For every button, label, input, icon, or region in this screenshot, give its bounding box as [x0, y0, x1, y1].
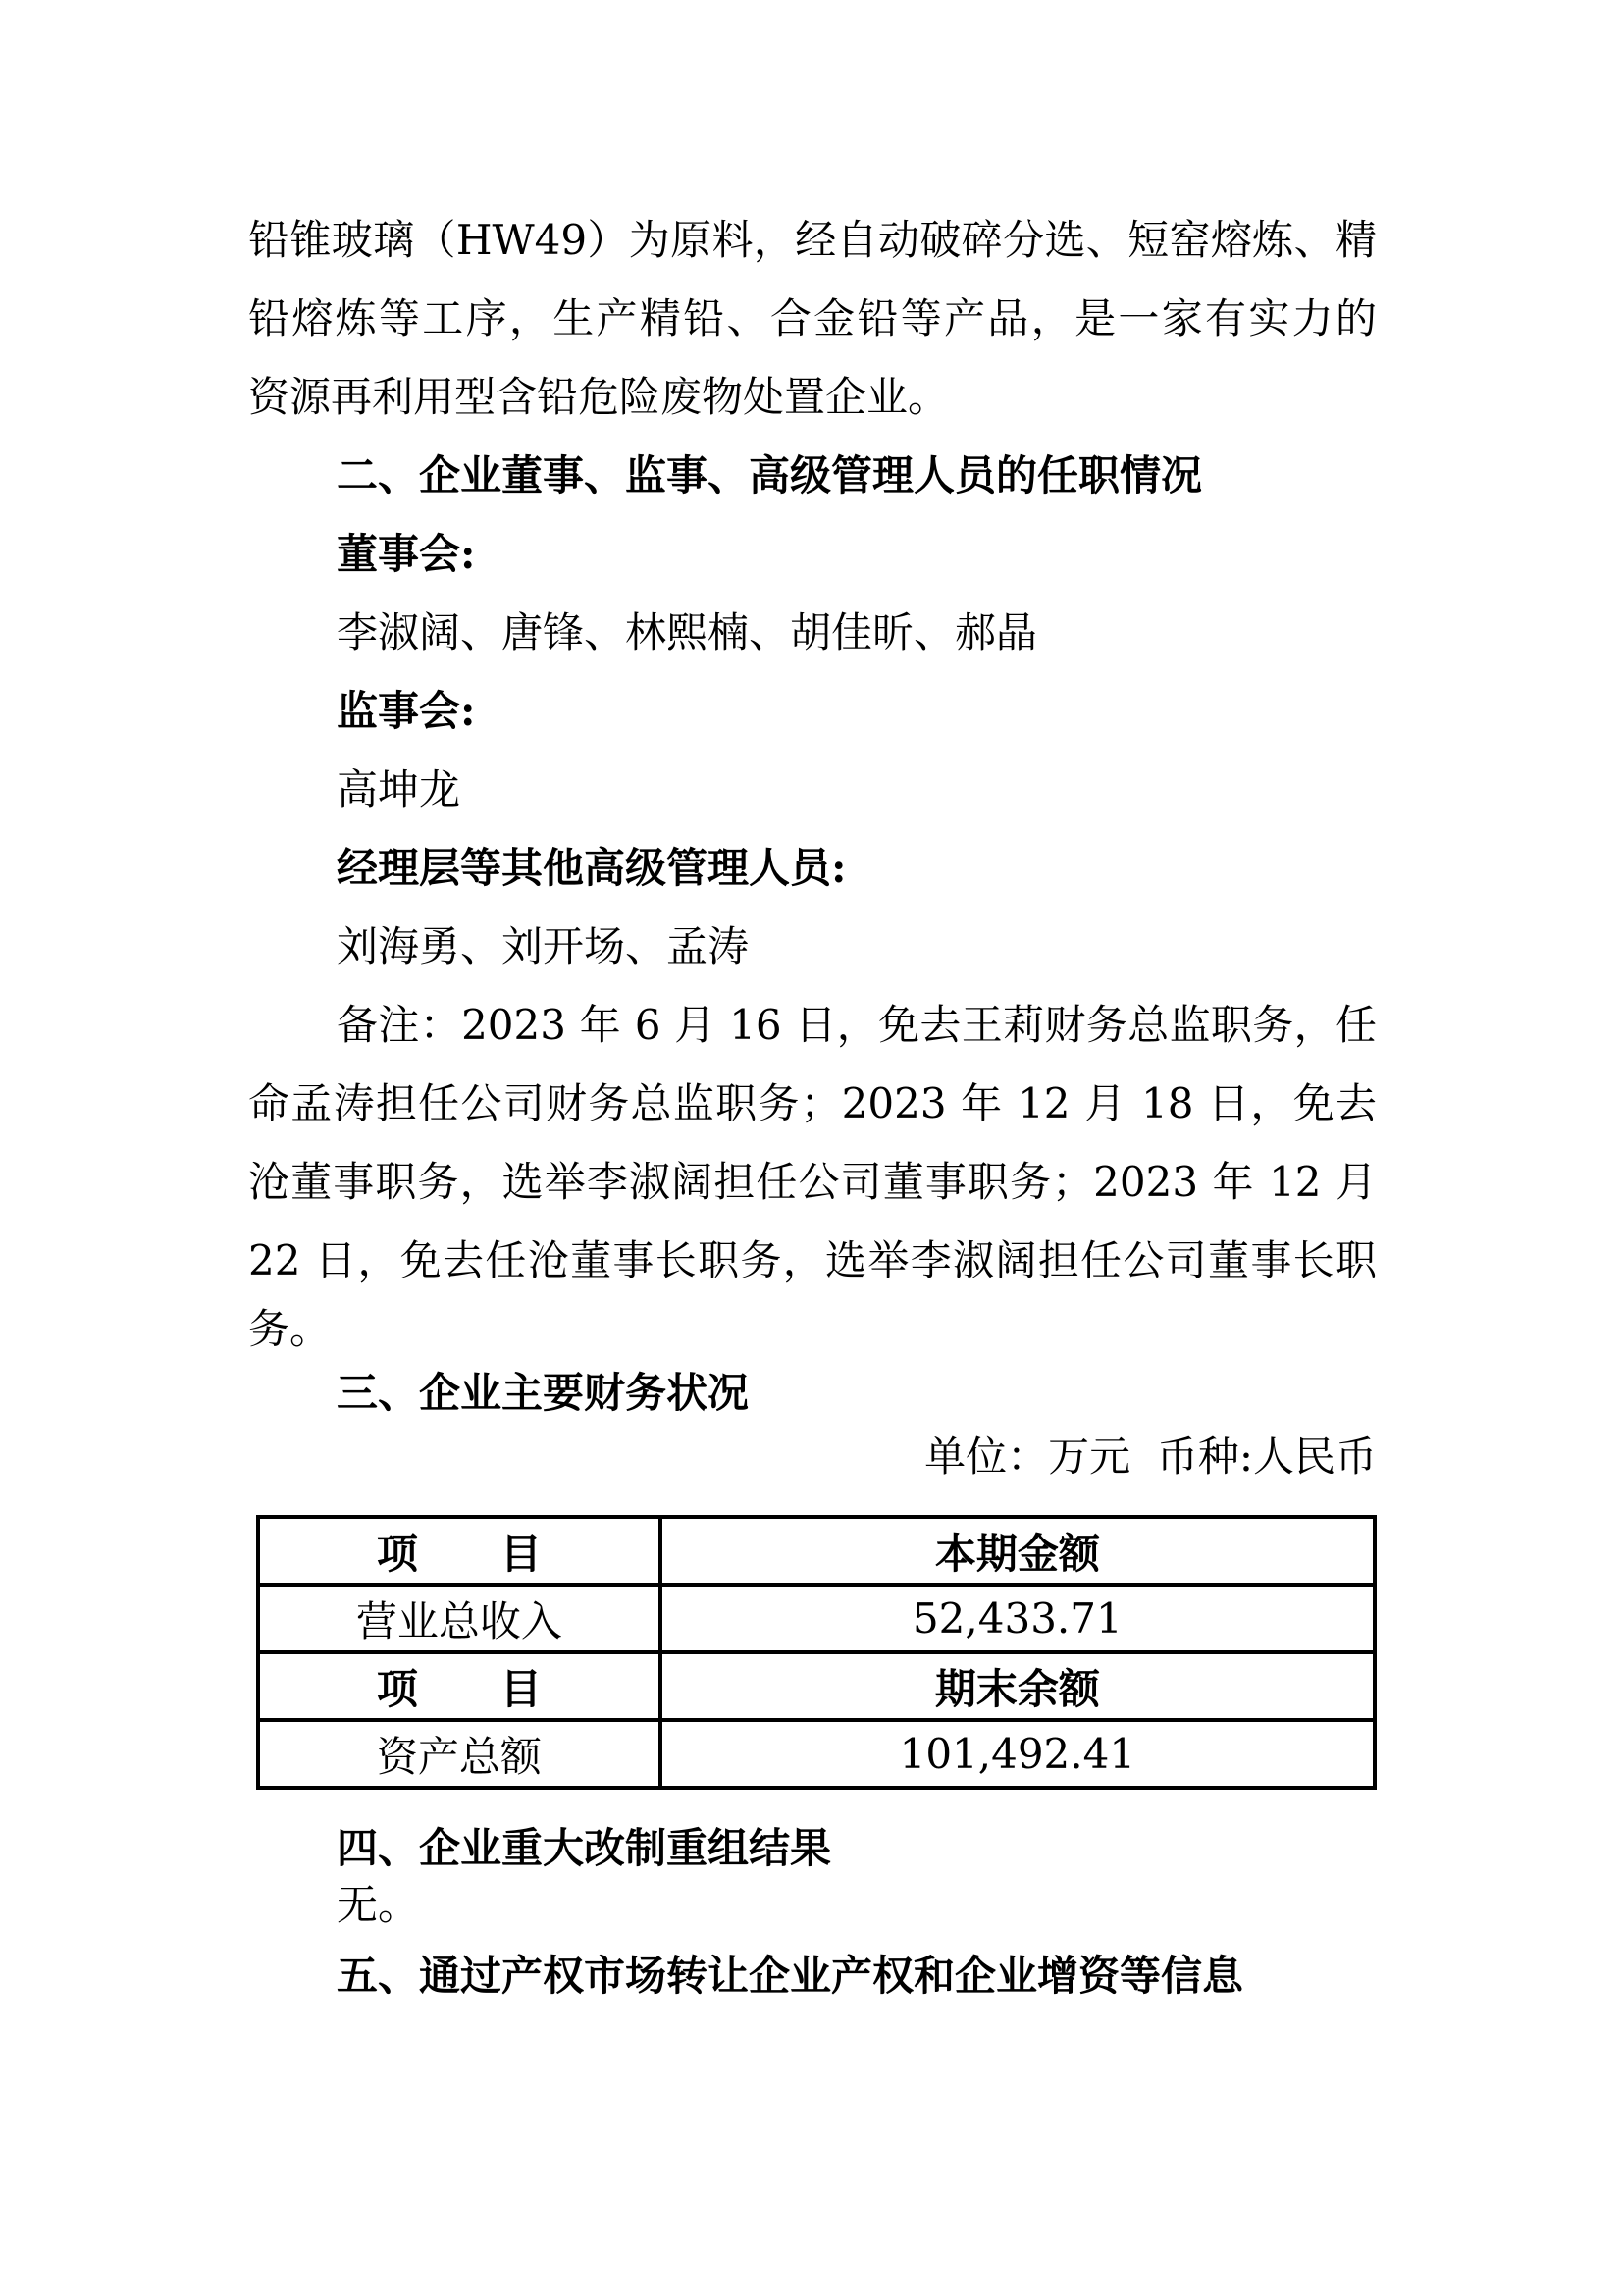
table-cell-label: 项 目 — [258, 1652, 660, 1720]
supervisors: 高坤龙 — [248, 751, 1377, 829]
table-row: 项 目 期末余额 — [258, 1652, 1375, 1720]
note-line-2: 命孟涛担任公司财务总监职务；2023 年 12 月 18 日，免去任 — [248, 1065, 1377, 1143]
note-line-3: 沧董事职务，选举李淑阔担任公司董事职务；2023 年 12 月 — [248, 1143, 1377, 1222]
table-cell-value: 101,492.41 — [660, 1720, 1375, 1788]
managers: 刘海勇、刘开场、孟涛 — [248, 908, 1377, 986]
section2-heading: 二、企业董事、监事、高级管理人员的任职情况 — [248, 437, 1377, 515]
table-row: 项 目 本期金额 — [258, 1517, 1375, 1585]
board-label: 董事会: — [248, 515, 1377, 594]
note-line-5: 务。 — [248, 1300, 1377, 1359]
table-cell-value: 52,433.71 — [660, 1585, 1375, 1652]
table-cell-label: 营业总收入 — [258, 1585, 660, 1652]
table-cell-label: 项 目 — [258, 1517, 660, 1585]
table-cell-label: 资产总额 — [258, 1720, 660, 1788]
financial-table: 项 目 本期金额 营业总收入 52,433.71 项 目 期末余额 资产总额 1… — [256, 1515, 1377, 1790]
table-cell-value: 期末余额 — [660, 1652, 1375, 1720]
table-cell-value: 本期金额 — [660, 1517, 1375, 1585]
section4-heading: 四、企业重大改制重组结果 — [248, 1819, 1377, 1878]
document-content: 铅锥玻璃（HW49）为原料，经自动破碎分选、短窑熔炼、精 铅熔炼等工序，生产精铅… — [248, 0, 1377, 2006]
intro-line-2: 铅熔炼等工序，生产精铅、合金铅等产品，是一家有实力的 — [248, 280, 1377, 358]
section4-content: 无。 — [248, 1878, 1377, 1932]
board-members: 李淑阔、唐锋、林熙楠、胡佳昕、郝晶 — [248, 594, 1377, 672]
management-label: 经理层等其他高级管理人员: — [248, 829, 1377, 908]
note-line-1: 备注：2023 年 6 月 16 日，免去王莉财务总监职务，任 — [248, 986, 1377, 1065]
section3-heading: 三、企业主要财务状况 — [248, 1359, 1377, 1428]
note-line-4: 22 日，免去任沧董事长职务，选举李淑阔担任公司董事长职 — [248, 1222, 1377, 1300]
unit-note: 单位：万元 币种:人民币 — [248, 1428, 1377, 1487]
document-page: 铅锥玻璃（HW49）为原料，经自动破碎分选、短窑熔炼、精 铅熔炼等工序，生产精铅… — [0, 0, 1624, 2295]
table-row: 资产总额 101,492.41 — [258, 1720, 1375, 1788]
section5-heading: 五、通过产权市场转让企业产权和企业增资等信息 — [248, 1947, 1377, 2006]
table-row: 营业总收入 52,433.71 — [258, 1585, 1375, 1652]
supervisory-label: 监事会: — [248, 672, 1377, 751]
intro-line-3: 资源再利用型含铅危险废物处置企业。 — [248, 358, 1377, 437]
intro-line-1: 铅锥玻璃（HW49）为原料，经自动破碎分选、短窑熔炼、精 — [248, 201, 1377, 280]
